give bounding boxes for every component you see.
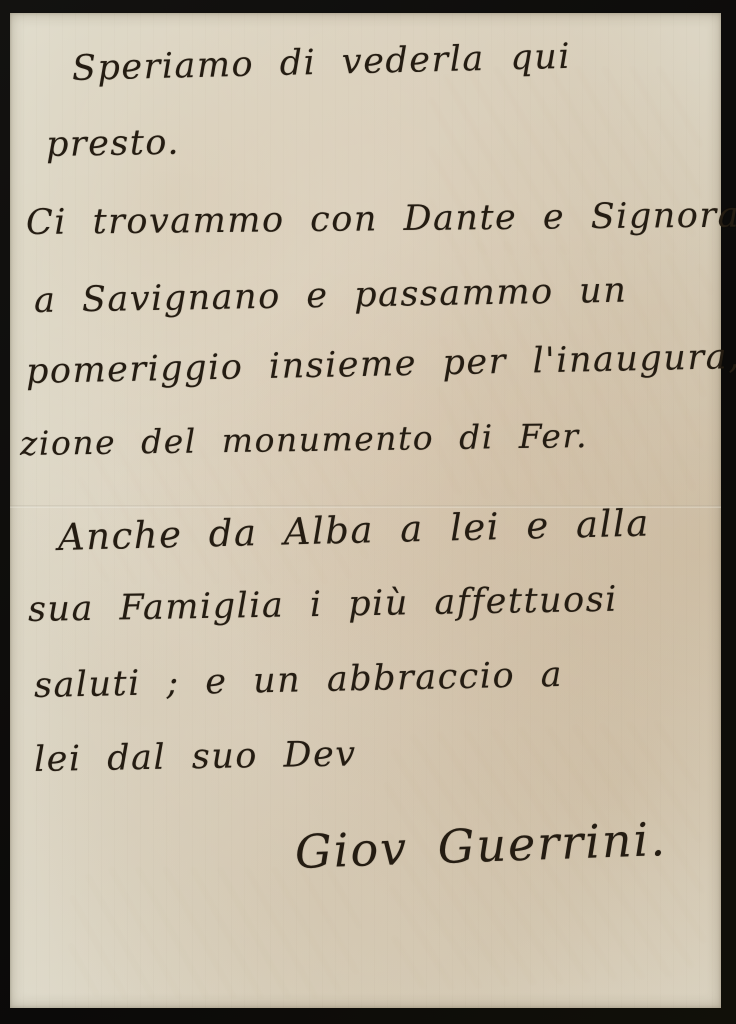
letter-line: presto. — [46, 123, 181, 165]
letter-line: lei dal suo Dev — [34, 734, 357, 780]
letter-line: Ci trovammo con Dante e Signora — [26, 196, 736, 243]
letter-line: zione del monumento di Fer. — [20, 416, 589, 463]
photo-frame: Speriamo di vederla qui presto. Ci trova… — [0, 0, 736, 1024]
letter-page: Speriamo di vederla qui presto. Ci trova… — [10, 13, 721, 1008]
letter-line: sua Famiglia i più affettuosi — [28, 580, 619, 630]
ink-bleedthrough — [70, 868, 360, 998]
letter-line: saluti ; e un abbraccio a — [34, 655, 564, 706]
